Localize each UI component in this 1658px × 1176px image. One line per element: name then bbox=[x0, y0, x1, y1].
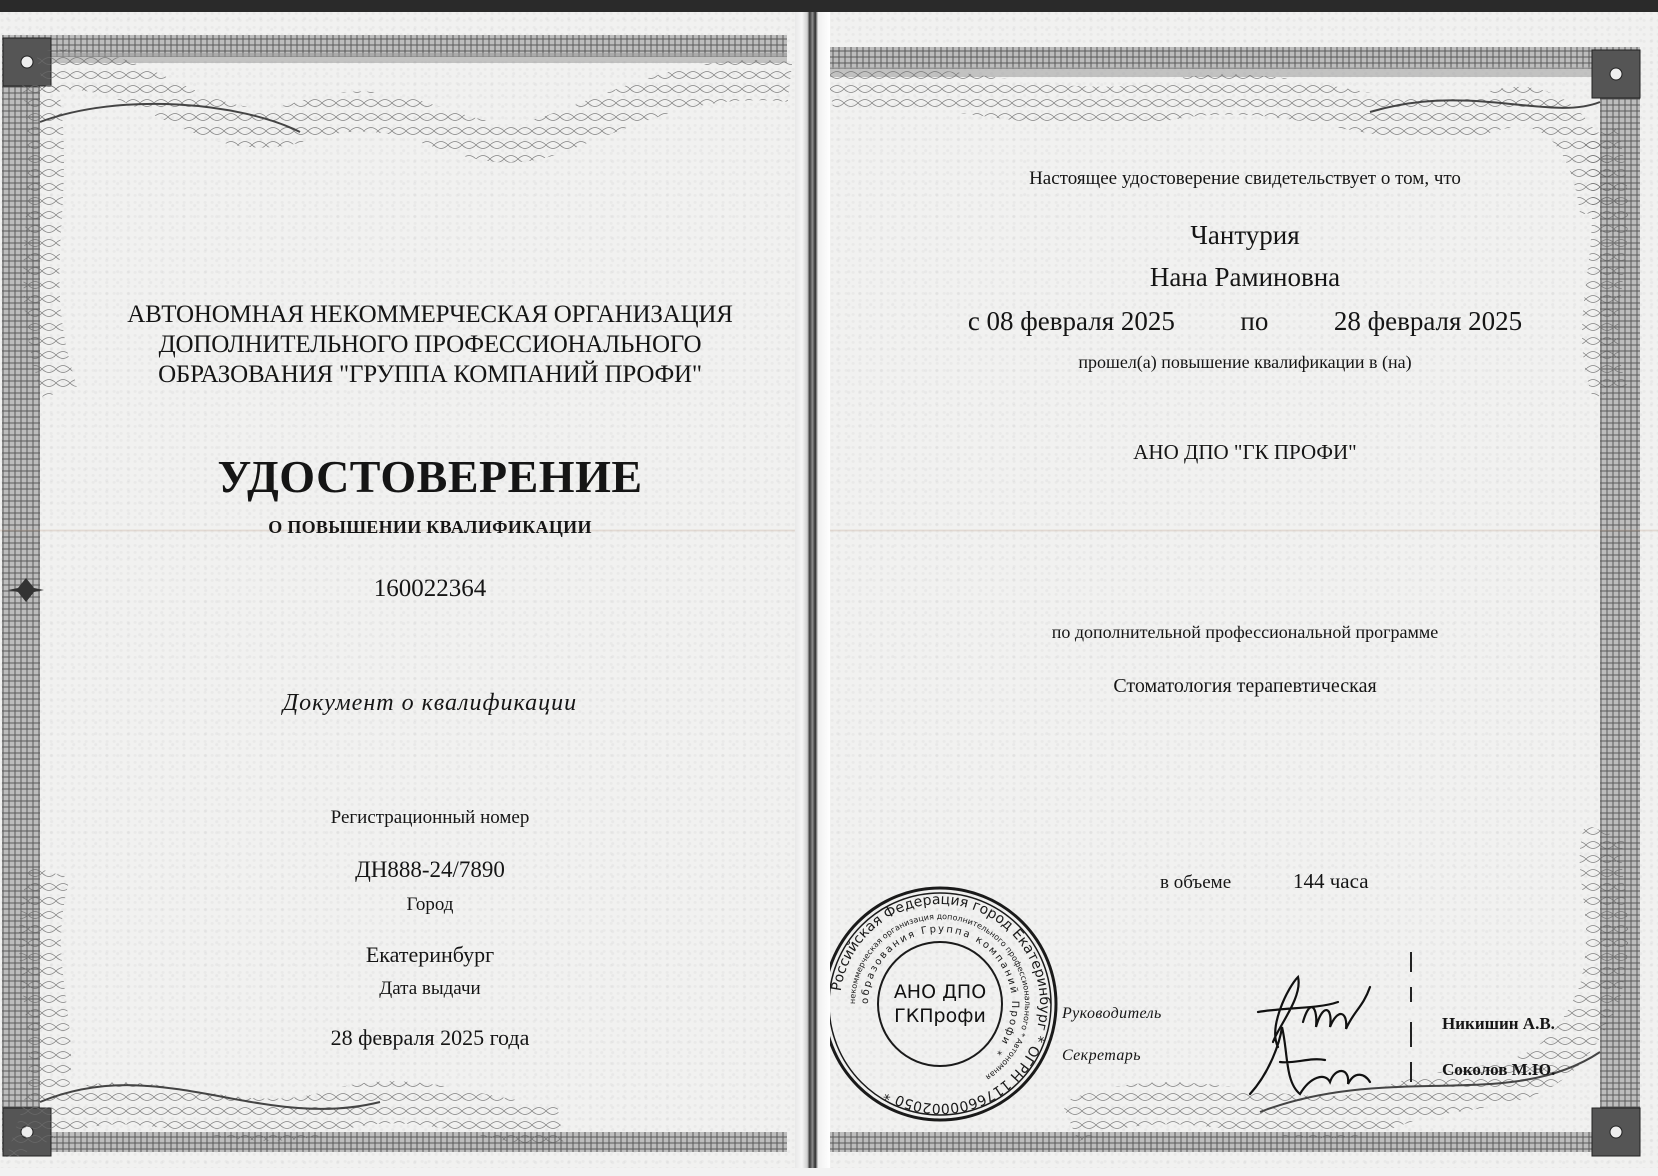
registration-label: Регистрационный номер bbox=[120, 807, 740, 829]
official-stamp: Российская Федерация город Екатеринбург … bbox=[830, 882, 1062, 1126]
certificate-right-page: Настоящее удостоверение свидетельствует … bbox=[830, 12, 1658, 1170]
period-from-date: 08 февраля 2025 bbox=[987, 306, 1175, 337]
certificate-left-page: АВТОНОМНАЯ НЕКОММЕРЧЕСКАЯ ОРГАНИЗАЦИЯ ДО… bbox=[0, 12, 795, 1170]
organization-name: АВТОНОМНАЯ НЕКОММЕРЧЕСКАЯ ОРГАНИЗАЦИЯ ДО… bbox=[120, 300, 740, 390]
signatory-name-secretary: Соколов М.Ю. bbox=[1442, 1060, 1555, 1080]
paper-fold bbox=[830, 529, 1658, 532]
certifies-text: Настоящее удостоверение свидетельствует … bbox=[950, 168, 1540, 190]
organization-line-3: ОБРАЗОВАНИЯ "ГРУППА КОМПАНИЙ ПРОФИ" bbox=[120, 360, 740, 390]
stamp-center-line-1: АНО ДПО bbox=[880, 980, 1000, 1004]
program-label: по дополнительной профессиональной прогр… bbox=[950, 622, 1540, 643]
period-from-prefix: с bbox=[968, 306, 980, 337]
signatory-name-head: Никишин А.В. bbox=[1442, 1014, 1555, 1034]
training-period: с 08 февраля 2025 по 28 февраля 2025 bbox=[950, 306, 1540, 337]
organization-line-1: АВТОНОМНАЯ НЕКОММЕРЧЕСКАЯ ОРГАНИЗАЦИЯ bbox=[120, 300, 740, 330]
signature-secretary bbox=[1240, 1022, 1380, 1102]
scan-bottom-edge bbox=[0, 1168, 1658, 1176]
scan-top-edge bbox=[0, 0, 1658, 12]
holder-given-names: Нана Раминовна bbox=[950, 262, 1540, 293]
stamp-center-text: АНО ДПО ГКПрофи bbox=[880, 980, 1000, 1028]
signatory-role-head: Руководитель bbox=[1062, 1005, 1162, 1023]
certificate-title: УДОСТОВЕРЕНИЕ bbox=[120, 450, 740, 503]
organization-line-2: ДОПОЛНИТЕЛЬНОГО ПРОФЕССИОНАЛЬНОГО bbox=[120, 330, 740, 360]
period-to-prefix: по bbox=[1240, 306, 1268, 337]
program-name: Стоматология терапевтическая bbox=[950, 675, 1540, 698]
registration-number: ДН888-24/7890 bbox=[120, 857, 740, 883]
holder-surname: Чантурия bbox=[950, 220, 1540, 251]
volume-label: в объеме bbox=[1160, 872, 1231, 894]
volume-hours: 144 часа bbox=[1293, 869, 1369, 894]
period-to-date: 28 февраля 2025 bbox=[1334, 306, 1522, 337]
city-label: Город bbox=[120, 894, 740, 916]
issue-date-label: Дата выдачи bbox=[120, 978, 740, 1000]
institution-name: АНО ДПО "ГК ПРОФИ" bbox=[950, 440, 1540, 465]
stamp-center-line-2: ГКПрофи bbox=[880, 1004, 1000, 1028]
certificate-number: 160022364 bbox=[120, 575, 740, 603]
document-type: Документ о квалификации bbox=[120, 690, 740, 717]
signatory-role-secretary: Секретарь bbox=[1062, 1047, 1141, 1065]
completed-text: прошел(а) повышение квалификации в (на) bbox=[950, 352, 1540, 373]
signature-line-marks bbox=[1408, 952, 1414, 1102]
city: Екатеринбург bbox=[120, 942, 740, 968]
certificate-subtitle: О ПОВЫШЕНИИ КВАЛИФИКАЦИИ bbox=[120, 517, 740, 538]
issue-date: 28 февраля 2025 года bbox=[120, 1025, 740, 1051]
booklet-spine bbox=[795, 12, 830, 1170]
